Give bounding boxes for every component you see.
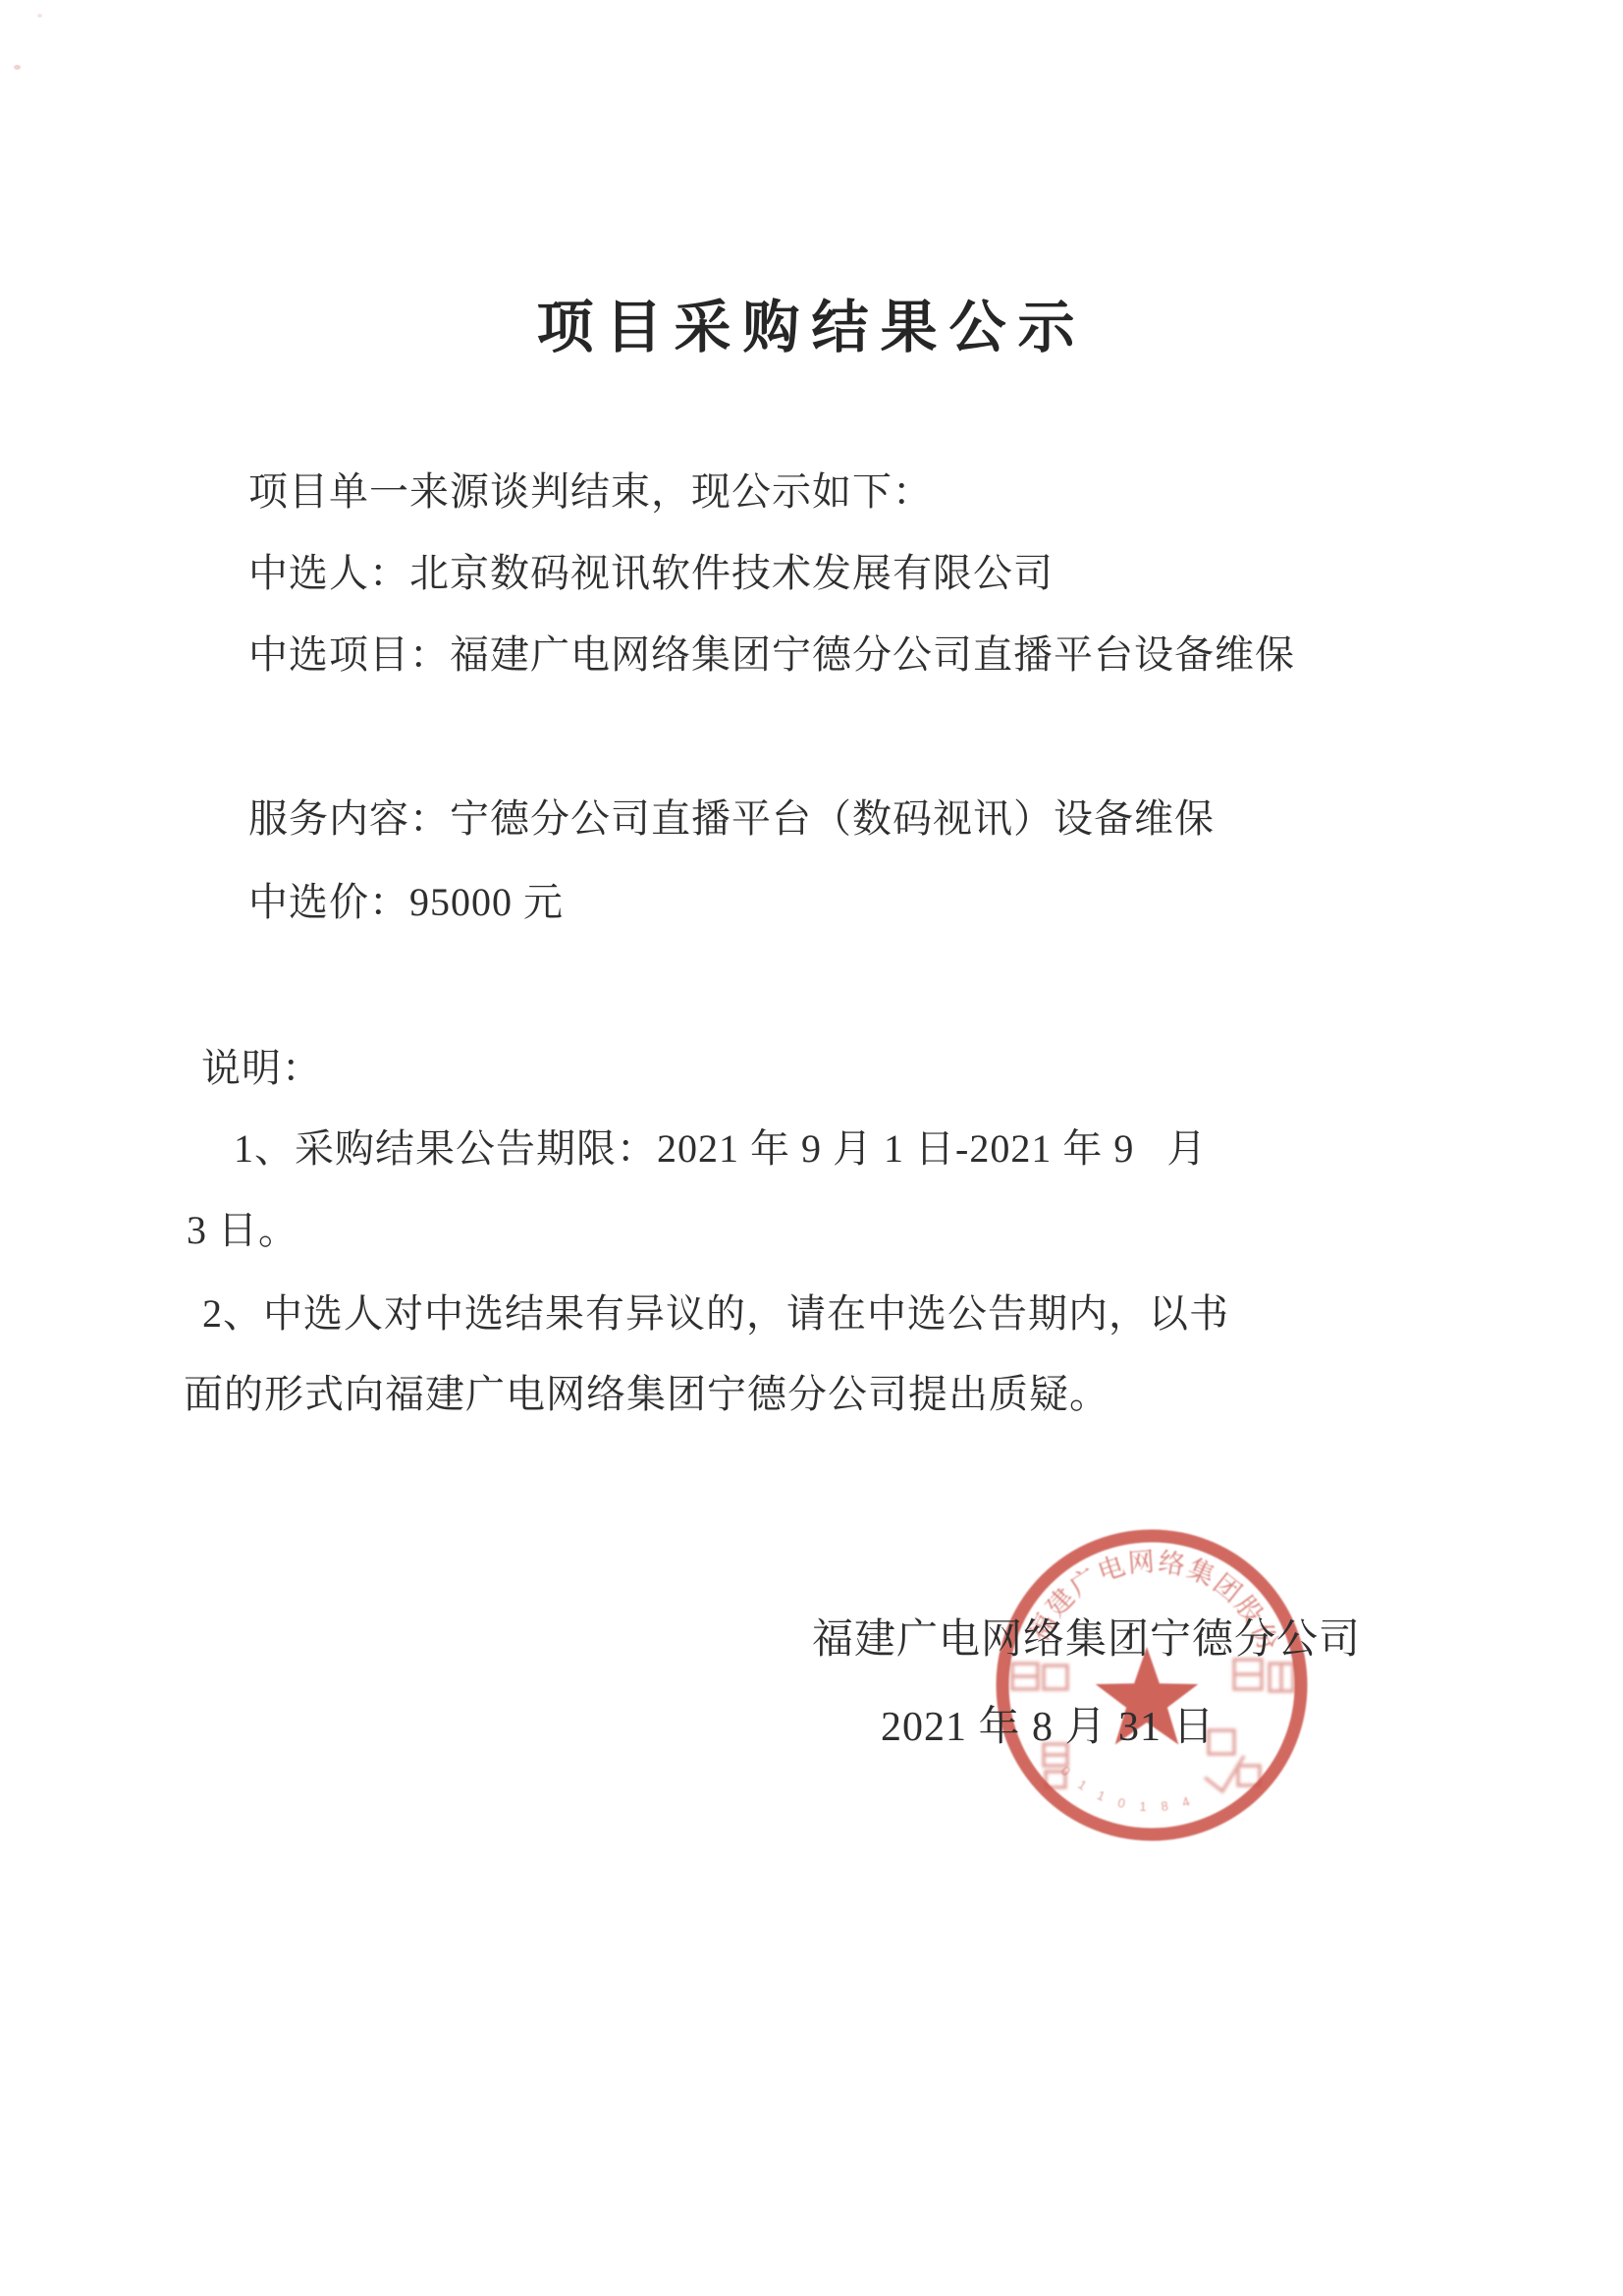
notes-heading: 说明： xyxy=(201,1045,322,1092)
signature-company: 福建广电网络集团宁德分公司 xyxy=(812,1616,1361,1664)
notes-item1-line1: 1、采购结果公告期限：2021 年 9 月 1 日-2021 年 9 月 xyxy=(234,1125,1207,1173)
scan-speck xyxy=(37,14,42,18)
document-page: 项目采购结果公示 项目单一来源谈判结束，现公示如下： 中选人：北京数码视讯软件技… xyxy=(0,0,1623,2296)
signature-date: 2021 年 8 月 31 日 xyxy=(881,1704,1216,1751)
notes-item2-line2: 面的形式向福建广电网络集团宁德分公司提出质疑。 xyxy=(184,1371,1109,1418)
company-seal-stamp: 福建广电网络集团股份有限公司 0 1 1 0 1 8 4 xyxy=(987,1520,1317,1850)
paragraph-project: 中选项目：福建广电网络集团宁德分公司直播平台设备维保 xyxy=(248,631,1295,679)
notes-item1-line2: 3 日。 xyxy=(187,1207,298,1254)
paragraph-winner: 中选人：北京数码视讯软件技术发展有限公司 xyxy=(248,550,1054,597)
paragraph-intro: 项目单一来源谈判结束，现公示如下： xyxy=(248,468,933,516)
scan-speck xyxy=(14,65,21,70)
paragraph-price: 中选价：95000 元 xyxy=(248,879,564,926)
stamp-serial-text: 0 1 1 0 1 8 4 xyxy=(1058,1763,1197,1814)
paragraph-service: 服务内容：宁德分公司直播平台（数码视讯）设备维保 xyxy=(248,795,1215,843)
notes-item2-line1: 2、中选人对中选结果有异议的，请在中选公告期内，以书 xyxy=(202,1290,1229,1338)
document-title: 项目采购结果公示 xyxy=(0,281,1623,363)
